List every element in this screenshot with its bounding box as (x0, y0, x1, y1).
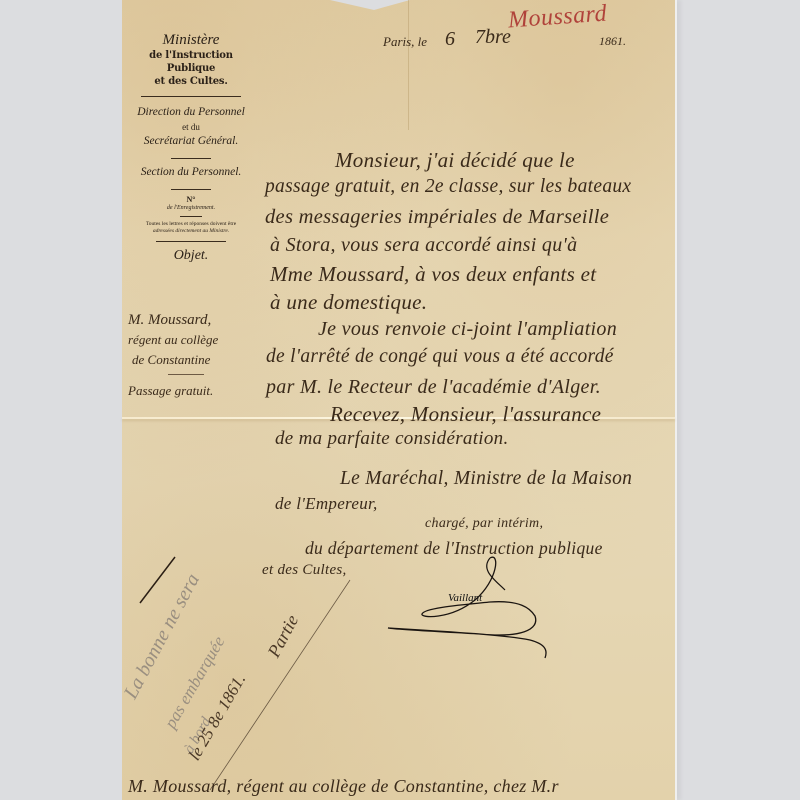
notice-line-1: Toutes les lettres et réponses doivent ê… (126, 221, 256, 228)
diagonal-underline (200, 580, 360, 800)
signature: Vaillant (448, 592, 482, 604)
body-line: Monsieur, j'ai décidé que le (335, 148, 575, 173)
body-line: à Stora, vous sera accordé ainsi qu'à (270, 234, 577, 257)
body-line: Mme Moussard, à vos deux enfants et (270, 262, 596, 287)
objet-label: Objet. (126, 248, 256, 264)
body-line: par M. le Recteur de l'académie d'Alger. (266, 376, 601, 399)
registration-label: de l'Enregistrement. (126, 205, 256, 212)
subject-divider (168, 374, 204, 375)
closing-line: et des Cultes, (262, 562, 347, 579)
number-label: N° (126, 196, 256, 204)
body-line: des messageries impériales de Marseille (265, 206, 609, 229)
closing-line: Le Maréchal, Ministre de la Maison (340, 468, 632, 490)
subject-line-3: de Constantine (128, 350, 256, 370)
date-day: 6 (445, 28, 455, 51)
vertical-fold (408, 0, 409, 130)
date-month: 7bre (475, 26, 511, 49)
notice-line-2: adressées directement au Ministre. (126, 228, 256, 235)
address-line: M. Moussard, régent au collège de Consta… (128, 776, 559, 797)
body-line: de ma parfaite considération. (275, 428, 509, 450)
ministry-line-2: de l'Instruction Publique (126, 49, 256, 75)
letterhead: Ministère de l'Instruction Publique et d… (126, 30, 256, 264)
body-line: de l'arrêté de congé qui vous a été acco… (266, 346, 614, 368)
subject-block: M. Moussard, régent au collège de Consta… (128, 310, 256, 401)
divider (141, 96, 241, 97)
ministry-line-3: et des Cultes. (126, 75, 256, 88)
subject-line-4: Passage gratuit. (128, 381, 256, 401)
direction-line-3: Secrétariat Général. (126, 134, 256, 149)
body-line: passage gratuit, en 2e classe, sur les b… (265, 176, 631, 198)
ornamental-divider (156, 241, 226, 242)
direction-line-2: et du (126, 120, 256, 134)
section-label: Section du Personnel. (126, 165, 256, 180)
date-year: 1861. (599, 34, 626, 49)
divider (171, 158, 211, 159)
divider (180, 216, 202, 217)
ministry-title: Ministère (126, 32, 256, 49)
subject-line-1: M. Moussard, (128, 310, 256, 330)
date-place: Paris, le (383, 34, 427, 50)
body-line: Recevez, Monsieur, l'assurance (330, 402, 601, 427)
closing-line: chargé, par intérim, (425, 516, 543, 532)
direction-line-1: Direction du Personnel (126, 105, 256, 120)
closing-line: de l'Empereur, (275, 494, 378, 514)
body-line: à une domestique. (270, 290, 427, 315)
signature-flourish (380, 550, 580, 660)
subject-line-2: régent au collège (128, 330, 256, 350)
body-line: Je vous renvoie ci-joint l'ampliation (318, 318, 617, 341)
divider (171, 189, 211, 190)
